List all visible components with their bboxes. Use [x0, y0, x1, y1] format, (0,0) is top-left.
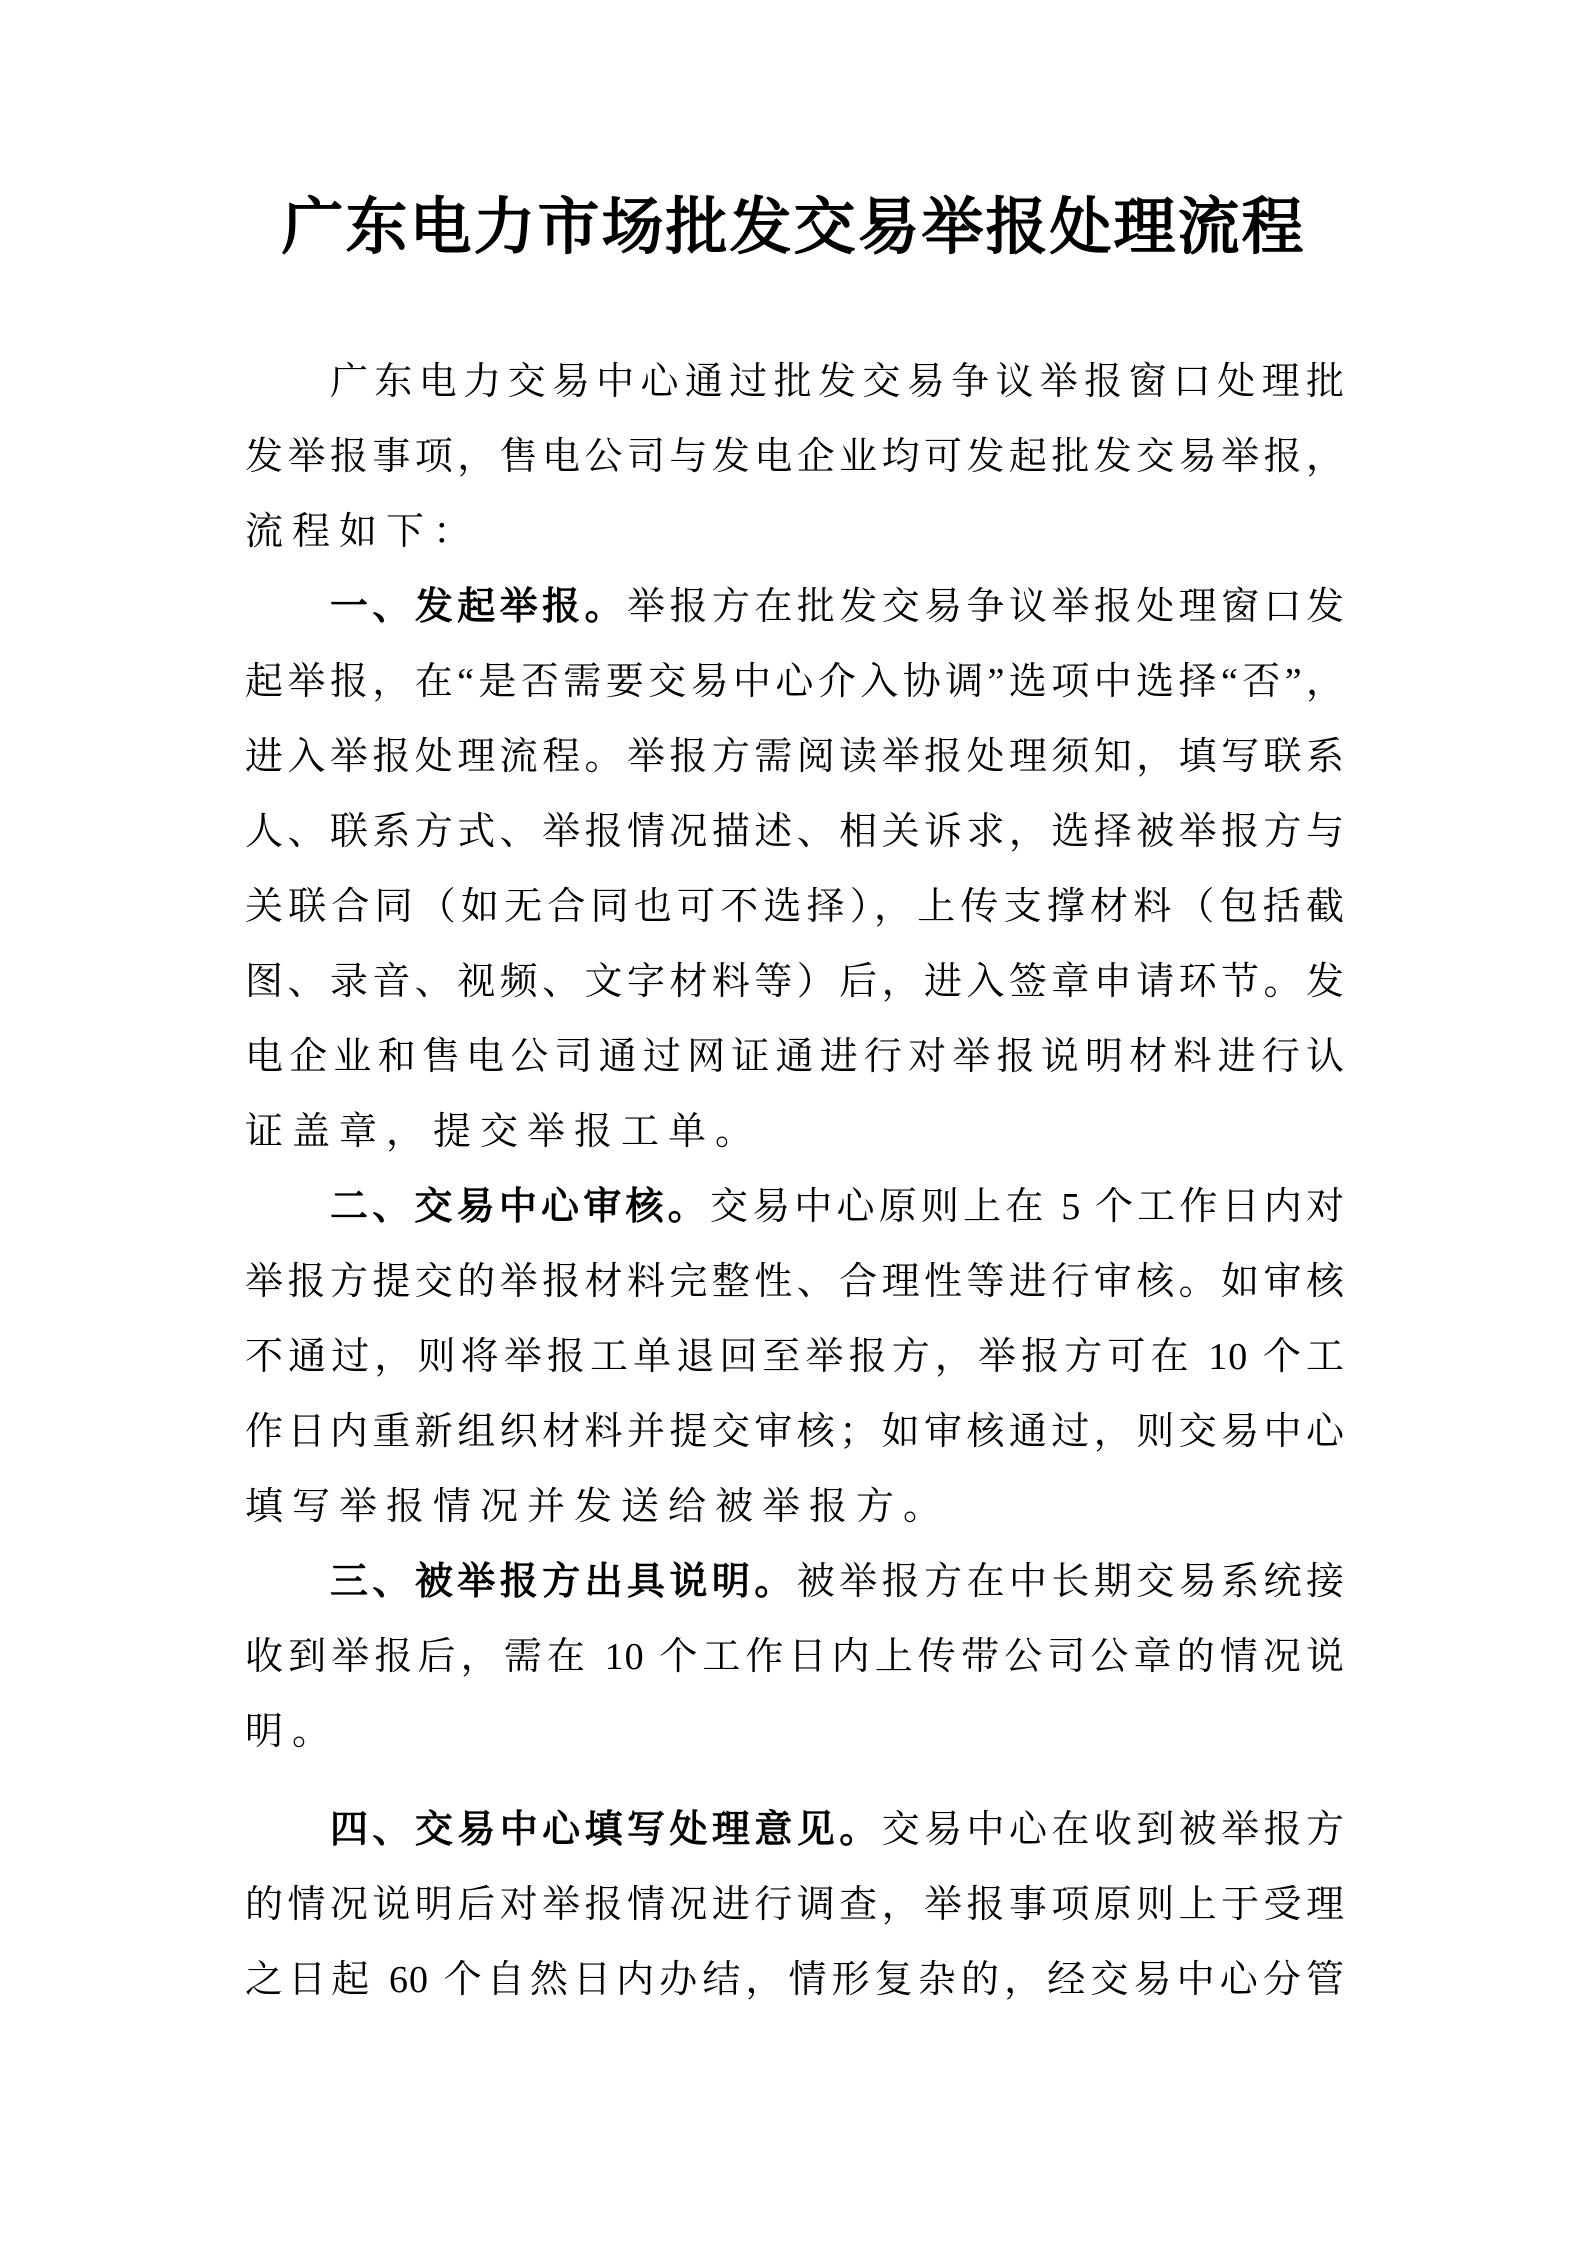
text-line: 之日起 60 个自然日内办结，情形复杂的，经交易中心分管: [245, 1943, 1345, 2018]
text-line: 关联合同（如无合同也可不选择），上传支撑材料（包括截: [245, 870, 1345, 945]
text-line: 举报方提交的举报材料完整性、合理性等进行审核。如审核: [245, 1245, 1345, 1320]
paragraph-step-2: 二、交易中心审核。交易中心原则上在 5 个工作日内对 举报方提交的举报材料完整性…: [245, 1170, 1345, 1545]
document-title: 广东电力市场批发交易举报处理流程: [0, 193, 1587, 263]
paragraph-step-3: 三、被举报方出具说明。被举报方在中长期交易系统接 收到举报后，需在 10 个工作…: [245, 1545, 1345, 1770]
text-line: 图、录音、视频、文字材料等）后，进入签章申请环节。发: [245, 945, 1345, 1020]
text-line: 广东电力交易中心通过批发交易争议举报窗口处理批: [245, 345, 1345, 420]
paragraph-step-4: 四、交易中心填写处理意见。交易中心在收到被举报方 的情况说明后对举报情况进行调查…: [245, 1793, 1345, 2018]
text-line: 不通过，则将举报工单退回至举报方，举报方可在 10 个工: [245, 1320, 1345, 1395]
section-heading-step-3: 三、被举报方出具说明。: [330, 1561, 797, 1603]
text-line: 明。: [245, 1695, 1345, 1770]
paragraph-intro: 广东电力交易中心通过批发交易争议举报窗口处理批 发举报事项，售电公司与发电企业均…: [245, 345, 1345, 570]
text-line: 填写举报情况并发送给被举报方。: [245, 1470, 1345, 1545]
text-line: 一、发起举报。举报方在批发交易争议举报处理窗口发: [245, 570, 1345, 645]
text-run: 举报方在批发交易争议举报处理窗口发: [627, 586, 1345, 628]
text-line: 二、交易中心审核。交易中心原则上在 5 个工作日内对: [245, 1170, 1345, 1245]
section-heading-step-2: 二、交易中心审核。: [330, 1186, 710, 1228]
text-line: 证盖章，提交举报工单。: [245, 1095, 1345, 1170]
document-body: 广东电力交易中心通过批发交易争议举报窗口处理批 发举报事项，售电公司与发电企业均…: [245, 345, 1345, 2018]
text-line: 四、交易中心填写处理意见。交易中心在收到被举报方: [245, 1793, 1345, 1868]
text-line: 的情况说明后对举报情况进行调查，举报事项原则上于受理: [245, 1868, 1345, 1943]
text-line: 作日内重新组织材料并提交审核；如审核通过，则交易中心: [245, 1395, 1345, 1470]
text-line: 人、联系方式、举报情况描述、相关诉求，选择被举报方与: [245, 795, 1345, 870]
section-heading-step-4: 四、交易中心填写处理意见。: [330, 1809, 882, 1851]
text-line: 进入举报处理流程。举报方需阅读举报处理须知，填写联系: [245, 720, 1345, 795]
text-line: 起举报，在“是否需要交易中心介入协调”选项中选择“否”，: [245, 645, 1345, 720]
paragraph-step-1: 一、发起举报。举报方在批发交易争议举报处理窗口发 起举报，在“是否需要交易中心介…: [245, 570, 1345, 1170]
text-line: 电企业和售电公司通过网证通进行对举报说明材料进行认: [245, 1020, 1345, 1095]
document-page: 广东电力市场批发交易举报处理流程 广东电力交易中心通过批发交易争议举报窗口处理批…: [0, 0, 1587, 2245]
text-run: 交易中心原则上在 5 个工作日内对: [710, 1186, 1345, 1228]
text-line: 流程如下：: [245, 495, 1345, 570]
text-line: 三、被举报方出具说明。被举报方在中长期交易系统接: [245, 1545, 1345, 1620]
text-run: 交易中心在收到被举报方: [882, 1809, 1345, 1851]
text-run: 被举报方在中长期交易系统接: [797, 1561, 1345, 1603]
text-line: 发举报事项，售电公司与发电企业均可发起批发交易举报，: [245, 420, 1345, 495]
section-heading-step-1: 一、发起举报。: [330, 586, 627, 628]
text-line: 收到举报后，需在 10 个工作日内上传带公司公章的情况说: [245, 1620, 1345, 1695]
